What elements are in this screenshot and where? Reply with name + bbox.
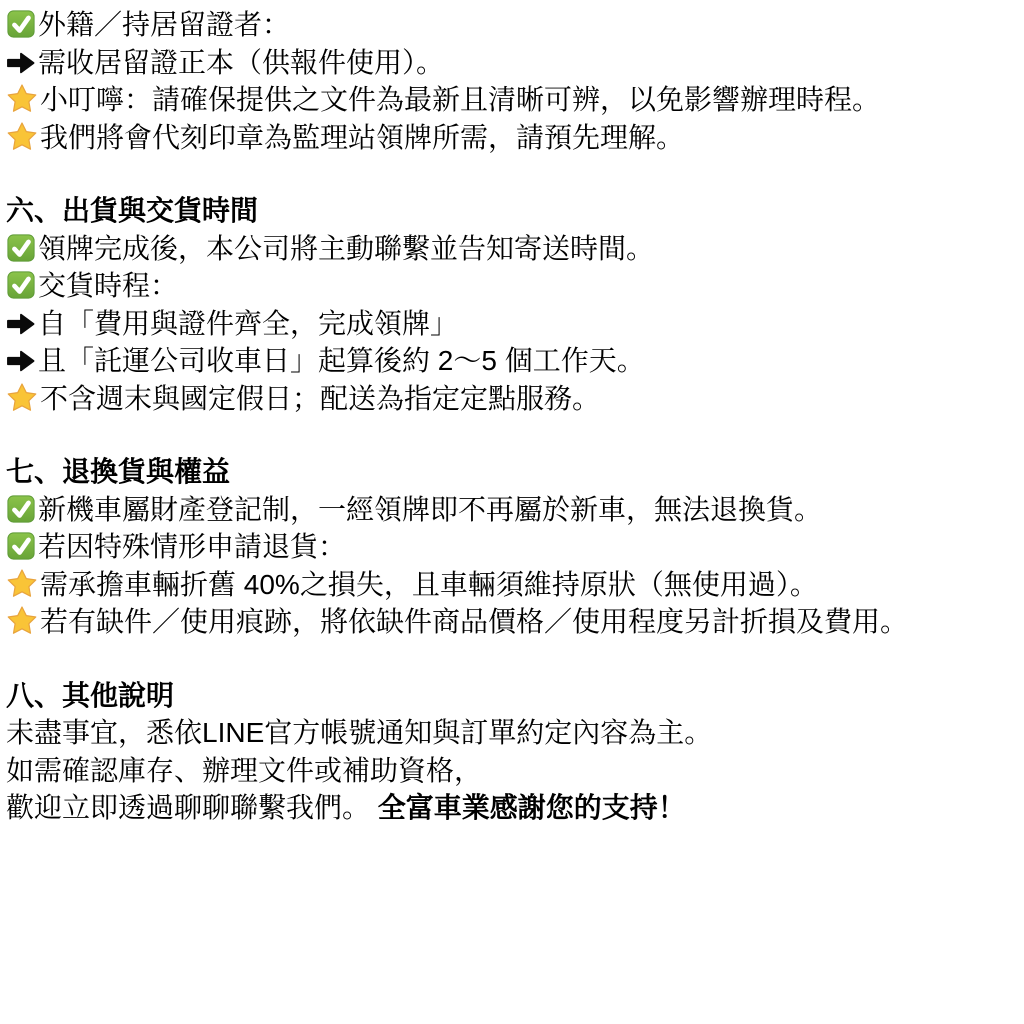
text-segment: 自「費用與證件齊全，完成領牌」 (38, 308, 458, 339)
text-line: 且「託運公司收車日」起算後約 2～5 個工作天。 (6, 342, 1018, 380)
section: 六、出貨與交貨時間領牌完成後，本公司將主動聯繫並告知寄送時間。交貨時程：自「費用… (6, 192, 1018, 417)
section-heading: 七、退換貨與權益 (6, 453, 1018, 491)
section: 外籍／持居留證者：需收居留證正本（供報件使用）。小叮嚀：請確保提供之文件為最新且… (6, 6, 1018, 156)
text-segment: 且「託運公司收車日」起算後約 2～5 個工作天。 (38, 345, 645, 376)
text-line: 我們將會代刻印章為監理站領牌所需，請預先理解。 (6, 119, 1018, 157)
text-line: 若因特殊情形申請退貨： (6, 528, 1018, 566)
star-icon (6, 81, 38, 119)
star-icon (6, 380, 38, 418)
text-line: 如需確認庫存、辦理文件或補助資格， (6, 752, 1018, 790)
text-line: 交貨時程： (6, 267, 1018, 305)
green-check-icon (6, 528, 36, 566)
green-check-icon (6, 6, 36, 44)
text-segment: 交貨時程： (38, 270, 178, 301)
text-segment: 歡迎立即透過聊聊聯繫我們。 (6, 792, 378, 823)
text-segment: 未盡事宜，悉依LINE官方帳號通知與訂單約定內容為主。 (6, 717, 712, 748)
section-heading: 八、其他說明 (6, 677, 1018, 715)
text-line: 若有缺件／使用痕跡，將依缺件商品價格／使用程度另計折損及費用。 (6, 603, 1018, 641)
right-arrow-icon (6, 342, 36, 380)
text-segment: 外籍／持居留證者： (38, 9, 290, 40)
green-check-icon (6, 491, 36, 529)
text-segment: 若有缺件／使用痕跡，將依缺件商品價格／使用程度另計折損及費用。 (40, 606, 908, 637)
text-line: 小叮嚀：請確保提供之文件為最新且清晰可辨，以免影響辦理時程。 (6, 81, 1018, 119)
green-check-icon (6, 230, 36, 268)
text-segment: 我們將會代刻印章為監理站領牌所需，請預先理解。 (40, 122, 684, 153)
text-line: 需收居留證正本（供報件使用）。 (6, 44, 1018, 82)
text-line: 未盡事宜，悉依LINE官方帳號通知與訂單約定內容為主。 (6, 714, 1018, 752)
right-arrow-icon (6, 44, 36, 82)
star-icon (6, 566, 38, 604)
text-segment: 需承擔車輛折舊 40%之損失，且車輛須維持原狀（無使用過）。 (40, 569, 818, 600)
section: 八、其他說明未盡事宜，悉依LINE官方帳號通知與訂單約定內容為主。如需確認庫存、… (6, 677, 1018, 827)
star-icon (6, 119, 38, 157)
right-arrow-icon (6, 305, 36, 343)
text-segment: 如需確認庫存、辦理文件或補助資格， (6, 755, 482, 786)
text-segment: 若因特殊情形申請退貨： (38, 531, 346, 562)
section-heading: 六、出貨與交貨時間 (6, 192, 1018, 230)
text-segment: 需收居留證正本（供報件使用）。 (38, 47, 444, 78)
text-line: 自「費用與證件齊全，完成領牌」 (6, 305, 1018, 343)
text-line: 領牌完成後，本公司將主動聯繫並告知寄送時間。 (6, 230, 1018, 268)
text-segment: 領牌完成後，本公司將主動聯繫並告知寄送時間。 (38, 233, 654, 264)
star-icon (6, 603, 38, 641)
text-segment: 新機車屬財產登記制，一經領牌即不再屬於新車，無法退換貨。 (38, 494, 822, 525)
text-line: 不含週末與國定假日；配送為指定定點服務。 (6, 380, 1018, 418)
terms-document: 外籍／持居留證者：需收居留證正本（供報件使用）。小叮嚀：請確保提供之文件為最新且… (6, 6, 1018, 827)
section: 七、退換貨與權益新機車屬財產登記制，一經領牌即不再屬於新車，無法退換貨。若因特殊… (6, 453, 1018, 641)
text-segment: 小叮嚀：請確保提供之文件為最新且清晰可辨，以免影響辦理時程。 (40, 84, 880, 115)
text-segment: 全富車業感謝您的支持！ (378, 792, 686, 823)
text-line: 新機車屬財產登記制，一經領牌即不再屬於新車，無法退換貨。 (6, 491, 1018, 529)
text-line: 歡迎立即透過聊聊聯繫我們。 全富車業感謝您的支持！ (6, 789, 1018, 827)
text-line: 外籍／持居留證者： (6, 6, 1018, 44)
text-segment: 不含週末與國定假日；配送為指定定點服務。 (40, 383, 600, 414)
text-line: 需承擔車輛折舊 40%之損失，且車輛須維持原狀（無使用過）。 (6, 566, 1018, 604)
green-check-icon (6, 267, 36, 305)
